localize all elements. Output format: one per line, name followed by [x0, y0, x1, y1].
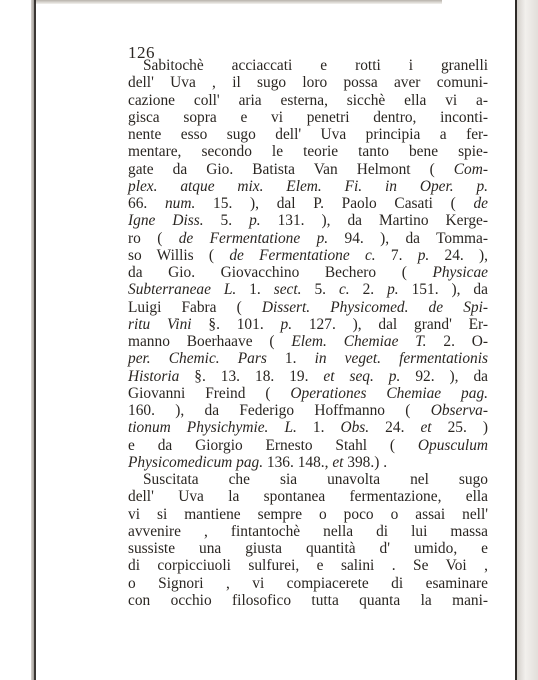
- text-segment: 131. ), da Martino Kerge-: [261, 212, 488, 229]
- text-line: Giovanni Freind ( Operationes Chemiae pa…: [128, 385, 488, 402]
- text-segment: 1.: [236, 281, 273, 298]
- italic-citation: Igne Diss.: [128, 212, 204, 229]
- paragraph-1: Sabitochè acciaccati e rotti i granelli …: [128, 57, 488, 471]
- text-line: cazione coll' aria esterna, sicchè ella …: [128, 92, 488, 109]
- text-segment: gate da Gio. Batista Van Helmont (: [128, 161, 454, 178]
- text-segment: ro (: [128, 230, 179, 247]
- italic-citation: Obs.: [340, 419, 369, 436]
- text-segment: 7.: [376, 247, 418, 264]
- text-segment: 15. ), dal P. Paolo Casati (: [195, 195, 473, 212]
- italic-citation: p.: [387, 281, 399, 298]
- italic-citation: p.: [281, 316, 293, 333]
- text-segment: 5.: [204, 212, 250, 229]
- text-segment: 151. ), da: [399, 281, 488, 298]
- text-segment: Giovanni Freind (: [128, 385, 290, 402]
- text-segment: da Gio. Giovacchino Bechero (: [128, 264, 432, 281]
- text-line: Historia §. 13. 18. 19. et seq. p. 92. )…: [128, 368, 488, 385]
- text-line: Luigi Fabra ( Dissert. Physicomed. de Sp…: [128, 299, 488, 316]
- italic-citation: Physicomedicum pag.: [128, 454, 263, 471]
- text-line: nente esso sugo dell' Uva principia a fe…: [128, 126, 488, 143]
- text-segment: 25. ): [432, 419, 488, 436]
- text-segment: e da Giorgio Ernesto Stahl (: [128, 437, 418, 454]
- text-line: gate da Gio. Batista Van Helmont ( Com-: [128, 161, 488, 178]
- italic-citation: Dissert. Physicomed. de Spi-: [262, 299, 488, 316]
- italic-citation: c.: [339, 281, 350, 298]
- text-line: dell' Uva la spontanea fermentazione, el…: [128, 488, 488, 505]
- italic-citation: Opusculum: [418, 437, 488, 454]
- italic-citation: de Fermentatione p.: [179, 230, 328, 247]
- italic-citation: Operationes Chemiae pag.: [290, 385, 488, 402]
- text-line: ritu Vini §. 101. p. 127. ), dal grand' …: [128, 316, 488, 333]
- text-line: per. Chemic. Pars 1. in veget. fermentat…: [128, 350, 488, 367]
- italic-citation: et: [420, 419, 431, 436]
- paragraph-2: Suscitata che sia unavolta nel sugo dell…: [128, 471, 488, 609]
- text-segment: 160. ), da Federigo Hoffmanno (: [128, 402, 431, 419]
- text-line: Igne Diss. 5. p. 131. ), da Martino Kerg…: [128, 212, 488, 229]
- text-segment: 92. ), da: [400, 368, 488, 385]
- text-segment: 24. ),: [429, 247, 488, 264]
- italic-citation: tionum Physichymie. L.: [128, 419, 297, 436]
- text-line: manno Boerhaave ( Elem. Chemiae T. 2. O-: [128, 333, 488, 350]
- italic-citation: ritu Vini: [128, 316, 192, 333]
- right-gutter: [517, 0, 538, 680]
- text-segment: 5.: [302, 281, 339, 298]
- text-segment: 94. ), da Tomma-: [328, 230, 488, 247]
- text-line: Suscitata che sia unavolta nel sugo: [128, 471, 488, 488]
- text-segment: 127. ), dal grand' Er-: [292, 316, 488, 333]
- italic-citation: Elem. Chemiae T.: [291, 333, 426, 350]
- text-line: da Gio. Giovacchino Bechero ( Physicae: [128, 264, 488, 281]
- italic-citation: Observa-: [431, 402, 488, 419]
- italic-citation: p.: [249, 212, 261, 229]
- text-segment: 24.: [369, 419, 420, 436]
- italic-citation: num.: [165, 195, 195, 212]
- italic-citation: de Fermentatione c.: [229, 247, 375, 264]
- italic-citation: per. Chemic. Pars: [128, 350, 267, 367]
- italic-citation: in veget. fermentationis: [315, 350, 488, 367]
- italic-citation: Physicae: [432, 264, 488, 281]
- page-body: Sabitochè acciaccati e rotti i granelli …: [128, 57, 488, 609]
- italic-citation: et: [332, 454, 343, 471]
- text-line: con occhio filosofico tutta quanta la ma…: [128, 592, 488, 609]
- text-line: Subterraneae L. 1. sect. 5. c. 2. p. 151…: [128, 281, 488, 298]
- italic-citation: sect.: [274, 281, 302, 298]
- text-line: mentare, secondo le teorie tanto bene sp…: [128, 143, 488, 160]
- italic-citation: plex. atque mix. Elem. Fi. in Oper. p.: [128, 178, 488, 195]
- text-line: Physicomedicum pag. 136. 148., et 398.) …: [128, 454, 488, 471]
- text-segment: 136. 148.,: [263, 454, 332, 471]
- text-line: tionum Physichymie. L. 1. Obs. 24. et 25…: [128, 419, 488, 436]
- left-page-border: [34, 0, 36, 680]
- text-line: o Signori , vi compiacerete di esaminare: [128, 575, 488, 592]
- text-line: 66. num. 15. ), dal P. Paolo Casati ( de: [128, 195, 488, 212]
- italic-citation: Historia: [128, 368, 179, 385]
- text-segment: 66.: [128, 195, 165, 212]
- text-line: 160. ), da Federigo Hoffmanno ( Observa-: [128, 402, 488, 419]
- text-line: Sabitochè acciaccati e rotti i granelli: [128, 57, 488, 74]
- text-line: so Willis ( de Fermentatione c. 7. p. 24…: [128, 247, 488, 264]
- text-segment: so Willis (: [128, 247, 229, 264]
- text-segment: §. 13. 18. 19.: [179, 368, 323, 385]
- text-segment: 398.) .: [343, 454, 387, 471]
- italic-citation: Subterraneae L.: [128, 281, 236, 298]
- text-line: vi si mantiene sempre o poco o assai nel…: [128, 506, 488, 523]
- italic-citation: et seq. p.: [323, 368, 400, 385]
- text-segment: 2.: [350, 281, 387, 298]
- text-segment: Luigi Fabra (: [128, 299, 262, 316]
- text-line: sussiste una giusta quantità d' umido, e: [128, 540, 488, 557]
- italic-citation: de: [473, 195, 488, 212]
- text-line: ro ( de Fermentatione p. 94. ), da Tomma…: [128, 230, 488, 247]
- text-line: e da Giorgio Ernesto Stahl ( Opusculum: [128, 437, 488, 454]
- italic-citation: Com-: [454, 161, 488, 178]
- text-line: di corpicciuoli sulfurei, e salini . Se …: [128, 557, 488, 574]
- text-segment: 2. O-: [427, 333, 488, 350]
- text-line: plex. atque mix. Elem. Fi. in Oper. p.: [128, 178, 488, 195]
- text-line: dell' Uva , il sugo loro possa aver comu…: [128, 74, 488, 91]
- text-line: gisca sopra e vi penetri dentro, inconti…: [128, 109, 488, 126]
- text-line: avvenire , fintantochè nella di lui mass…: [128, 523, 488, 540]
- page-top-edge: [32, 0, 442, 4]
- italic-citation: p.: [418, 247, 430, 264]
- text-segment: manno Boerhaave (: [128, 333, 291, 350]
- text-segment: §. 101.: [192, 316, 281, 333]
- text-segment: 1.: [267, 350, 315, 367]
- text-segment: 1.: [297, 419, 341, 436]
